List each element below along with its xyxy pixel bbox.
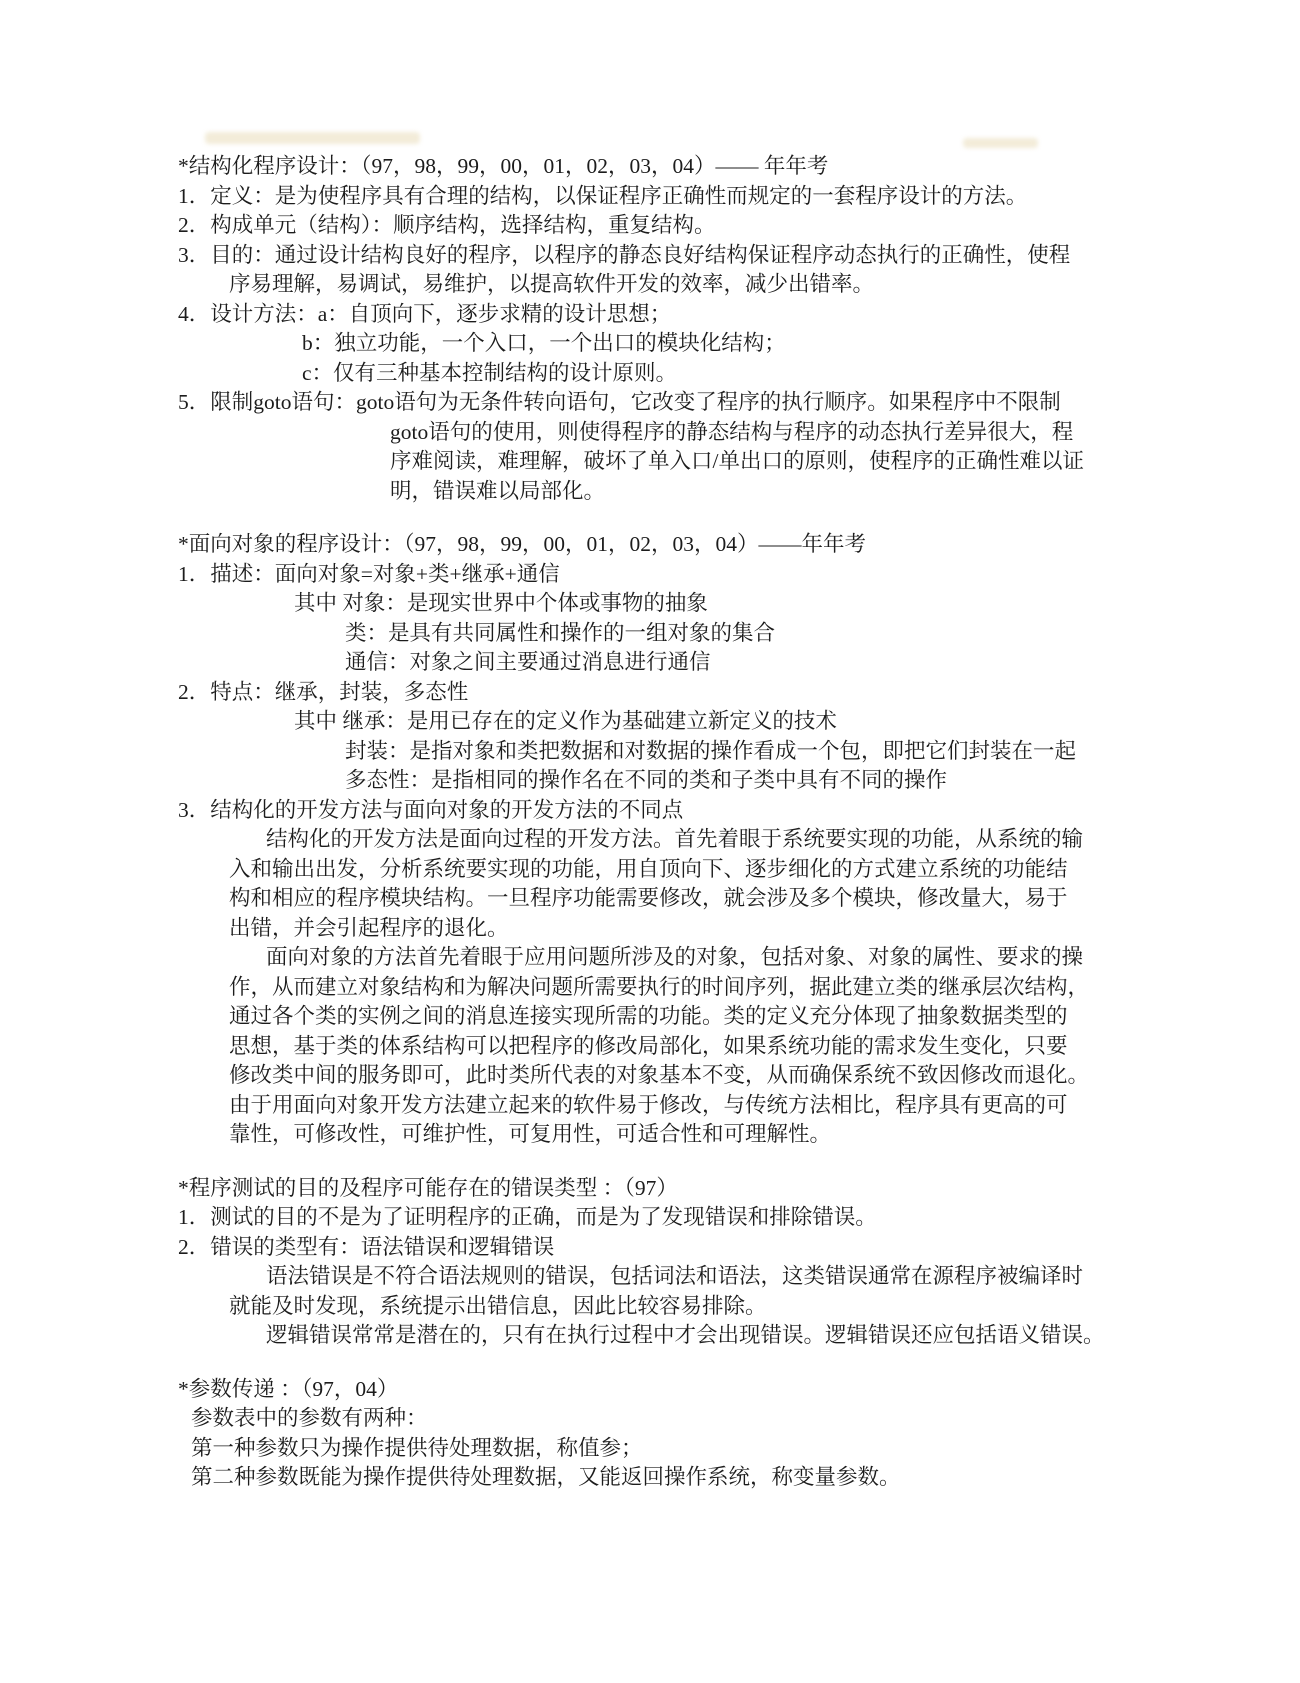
text-line: 入和输出出发，分析系统要实现的功能，用自顶向下、逐步细化的方式建立系统的功能结 (178, 855, 1178, 885)
text-line: 5．限制goto语句：goto语句为无条件转向语句，它改变了程序的执行顺序。如果… (178, 388, 1178, 418)
text-line: 3．结构化的开发方法与面向对象的开发方法的不同点 (178, 796, 1178, 826)
text-line: *面向对象的程序设计：（97，98，99，00，01，02，03，04）——年年… (178, 530, 1178, 560)
text-line: 3．目的：通过设计结构良好的程序，以程序的静态良好结构保证程序动态执行的正确性，… (178, 241, 1178, 271)
text-line: 参数表中的参数有两种： (178, 1404, 1178, 1434)
section-program-testing: *程序测试的目的及程序可能存在的错误类型 ：（97）1．测试的目的不是为了证明程… (178, 1174, 1178, 1351)
text-line: *程序测试的目的及程序可能存在的错误类型 ：（97） (178, 1174, 1178, 1204)
text-line: 2．特点：继承，封装，多态性 (178, 678, 1178, 708)
text-line: 封装：是指对象和类把数据和对数据的操作看成一个包，即把它们封装在一起 (178, 737, 1178, 767)
text-line: 明，错误难以局部化。 (178, 477, 1178, 507)
highlighter-smudge (205, 132, 420, 144)
text-line: 出错，并会引起程序的退化。 (178, 914, 1178, 944)
text-line: 其中 对象：是现实世界中个体或事物的抽象 (178, 589, 1178, 619)
document-text-block: *结构化程序设计：（97，98，99，00，01，02，03，04）—— 年年考… (178, 152, 1178, 1493)
text-line: 类：是具有共同属性和操作的一组对象的集合 (178, 619, 1178, 649)
text-line: 序易理解，易调试，易维护，以提高软件开发的效率，减少出错率。 (178, 270, 1178, 300)
text-line: 2．构成单元（结构）：顺序结构，选择结构，重复结构。 (178, 211, 1178, 241)
text-line: 1．测试的目的不是为了证明程序的正确，而是为了发现错误和排除错误。 (178, 1203, 1178, 1233)
text-line: 面向对象的方法首先着眼于应用问题所涉及的对象，包括对象、对象的属性、要求的操 (178, 943, 1178, 973)
text-line: 由于用面向对象开发方法建立起来的软件易于修改，与传统方法相比，程序具有更高的可 (178, 1091, 1178, 1121)
text-line: 序难阅读，难理解，破坏了单入口/单出口的原则，使程序的正确性难以证 (178, 447, 1178, 477)
text-line: 1．描述：面向对象=对象+类+继承+通信 (178, 560, 1178, 590)
text-line: 修改类中间的服务即可，此时类所代表的对象基本不变，从而确保系统不致因修改而退化。 (178, 1061, 1178, 1091)
text-line: 靠性，可修改性，可维护性，可复用性，可适合性和可理解性。 (178, 1120, 1178, 1150)
text-line: 构和相应的程序模块结构。一旦程序功能需要修改，就会涉及多个模块，修改量大，易于 (178, 884, 1178, 914)
text-line: 作，从而建立对象结构和为解决问题所需要执行的时间序列，据此建立类的继承层次结构， (178, 973, 1178, 1003)
text-line: 通过各个类的实例之间的消息连接实现所需的功能。类的定义充分体现了抽象数据类型的 (178, 1002, 1178, 1032)
text-line: 其中 继承：是用已存在的定义作为基础建立新定义的技术 (178, 707, 1178, 737)
text-line: 4．设计方法：a：自顶向下，逐步求精的设计思想； (178, 300, 1178, 330)
text-line: 思想，基于类的体系结构可以把程序的修改局部化，如果系统功能的需求发生变化，只要 (178, 1032, 1178, 1062)
text-line: 语法错误是不符合语法规则的错误，包括词法和语法，这类错误通常在源程序被编译时 (178, 1262, 1178, 1292)
text-line: 就能及时发现，系统提示出错信息，因此比较容易排除。 (178, 1292, 1178, 1322)
text-line: 第二种参数既能为操作提供待处理数据，又能返回操作系统，称变量参数。 (178, 1463, 1178, 1493)
text-line: *参数传递 ：（97，04） (178, 1375, 1178, 1405)
highlighter-smudge (963, 138, 1038, 148)
text-line: 通信：对象之间主要通过消息进行通信 (178, 648, 1178, 678)
text-line: 多态性：是指相同的操作名在不同的类和子类中具有不同的操作 (178, 766, 1178, 796)
section-object-oriented-programming: *面向对象的程序设计：（97，98，99，00，01，02，03，04）——年年… (178, 530, 1178, 1150)
text-line: b：独立功能，一个入口，一个出口的模块化结构； (178, 329, 1178, 359)
section-structured-programming: *结构化程序设计：（97，98，99，00，01，02，03，04）—— 年年考… (178, 152, 1178, 506)
text-line: 逻辑错误常常是潜在的，只有在执行过程中才会出现错误。逻辑错误还应包括语义错误。 (178, 1321, 1178, 1351)
text-line: 1．定义：是为使程序具有合理的结构，以保证程序正确性而规定的一套程序设计的方法。 (178, 182, 1178, 212)
text-line: 第一种参数只为操作提供待处理数据，称值参； (178, 1434, 1178, 1464)
section-parameter-passing: *参数传递 ：（97，04）参数表中的参数有两种：第一种参数只为操作提供待处理数… (178, 1375, 1178, 1493)
text-line: 结构化的开发方法是面向过程的开发方法。首先着眼于系统要实现的功能，从系统的输 (178, 825, 1178, 855)
text-line: 2．错误的类型有：语法错误和逻辑错误 (178, 1233, 1178, 1263)
text-line: *结构化程序设计：（97，98，99，00，01，02，03，04）—— 年年考 (178, 152, 1178, 182)
text-line: goto语句的使用，则使得程序的静态结构与程序的动态执行差异很大，程 (178, 418, 1178, 448)
document-page: *结构化程序设计：（97，98，99，00，01，02，03，04）—— 年年考… (0, 0, 1300, 1683)
text-line: c：仅有三种基本控制结构的设计原则。 (178, 359, 1178, 389)
